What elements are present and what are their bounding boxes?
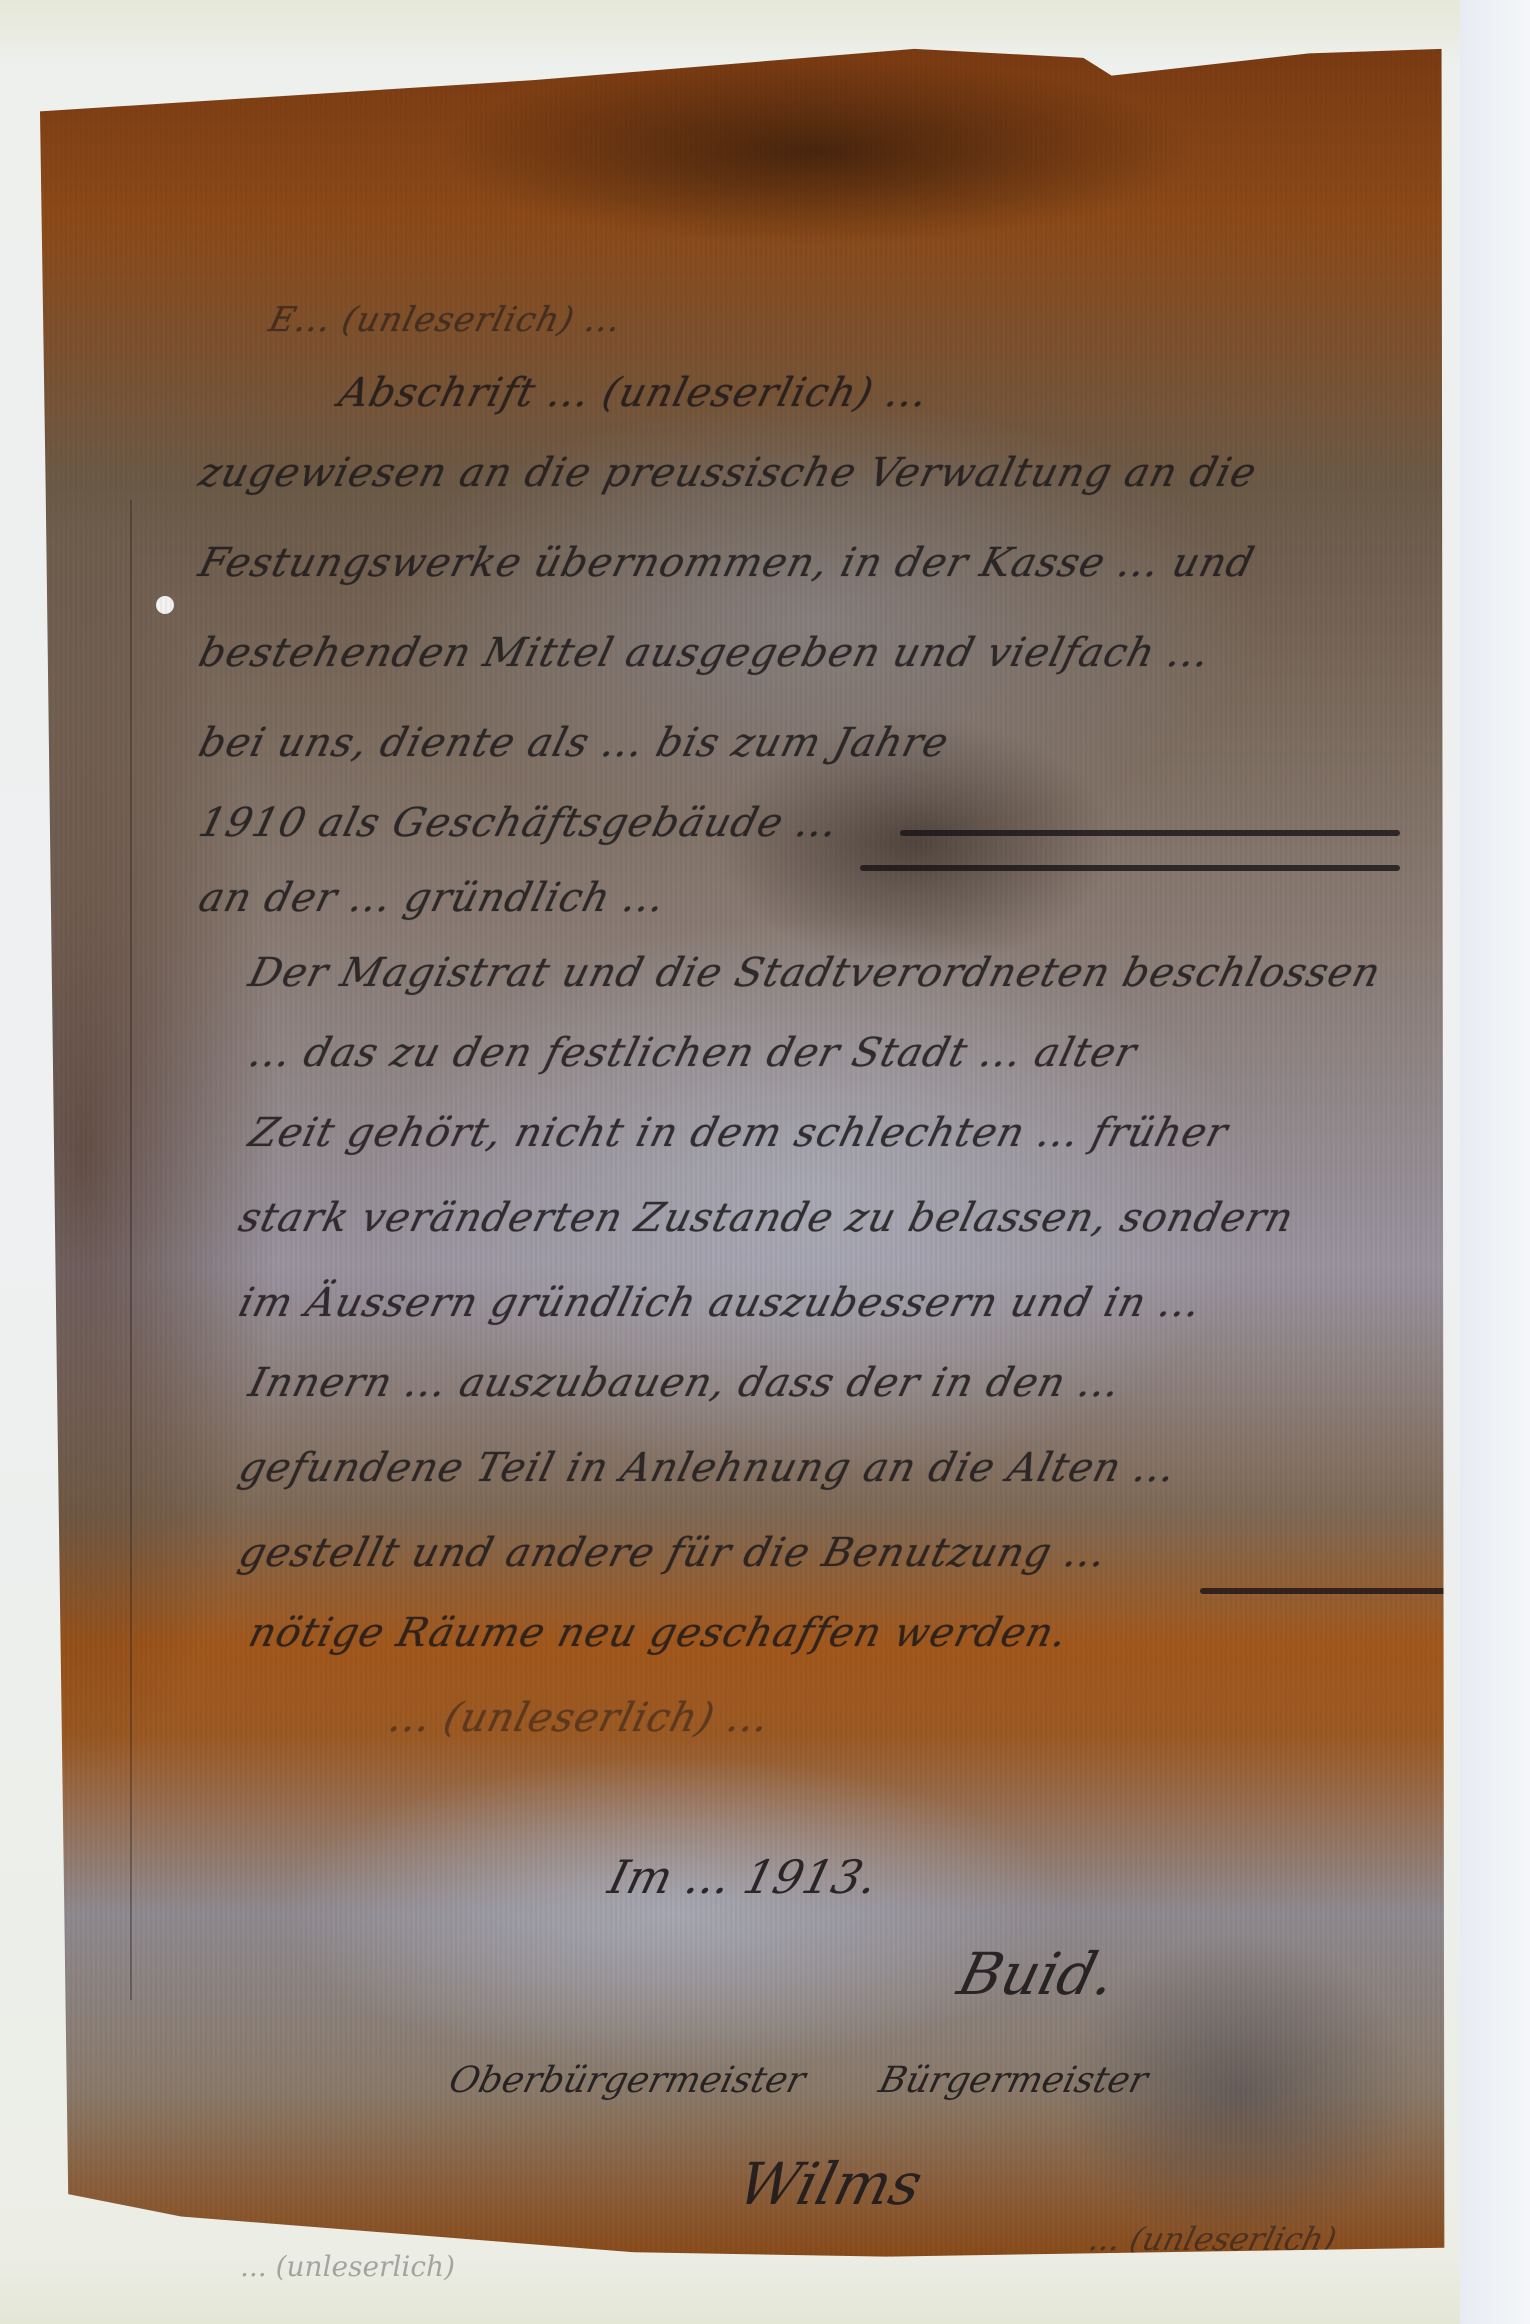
bottom-scrawl: ... (unleserlich) [240, 2250, 455, 2283]
body-line-8: an der ... gründlich ... [194, 875, 670, 921]
body-line-16: gestellt und andere für die Benutzung ..… [234, 1530, 1112, 1576]
body-line-11: Zeit gehört, nicht in dem schlechten ...… [244, 1110, 1233, 1156]
body-line-10: ... das zu den festlichen der Stadt ... … [244, 1030, 1142, 1076]
title-buergermeister: Bürgermeister [875, 2060, 1152, 2101]
body-line-13: im Äussern gründlich auszubessern und in… [234, 1280, 1206, 1326]
body-line-6: bei uns, diente als ... bis zum Jahre [194, 720, 953, 766]
title-oberbuergermeister: Oberbürgermeister [445, 2060, 810, 2101]
body-line-14: Innern ... auszubauen, dass der in den .… [244, 1360, 1125, 1406]
signature-tertiary: ... (unleserlich) [1085, 2220, 1340, 2258]
punch-hole [156, 596, 174, 614]
strikethrough-line [1200, 1588, 1460, 1594]
body-line-1: E... (unleserlich) ... [265, 300, 626, 340]
body-line-12: stark veränderten Zustande zu belassen, … [234, 1195, 1298, 1241]
body-line-4: Festungswerke übernommen, in der Kasse .… [194, 540, 1259, 586]
body-line-18: ... (unleserlich) ... [384, 1695, 774, 1741]
body-line-3: zugewiesen an die preussische Verwaltung… [194, 450, 1261, 496]
margin-fold-line [130, 500, 132, 2000]
body-line-2: Abschrift ... (unleserlich) ... [334, 370, 933, 416]
signature-primary: Buid. [952, 1940, 1123, 2008]
body-line-9: Der Magistrat und die Stadtverordneten b… [244, 950, 1385, 996]
body-line-17: nötige Räume neu geschaffen werden. [244, 1610, 1072, 1656]
date-line: Im ... 1913. [603, 1850, 883, 1904]
strikethrough-line [860, 865, 1400, 871]
signature-secondary: Wilms [732, 2150, 929, 2218]
body-line-7: 1910 als Geschäftsgebäude ... [194, 800, 843, 846]
strikethrough-line [900, 830, 1400, 836]
body-line-15: gefundene Teil in Anlehnung an die Alten… [234, 1445, 1181, 1491]
body-line-5: bestehenden Mittel ausgegeben und vielfa… [194, 630, 1215, 676]
backdrop [1460, 0, 1530, 2324]
document-page: E... (unleserlich) ... Abschrift ... (un… [40, 40, 1450, 2270]
